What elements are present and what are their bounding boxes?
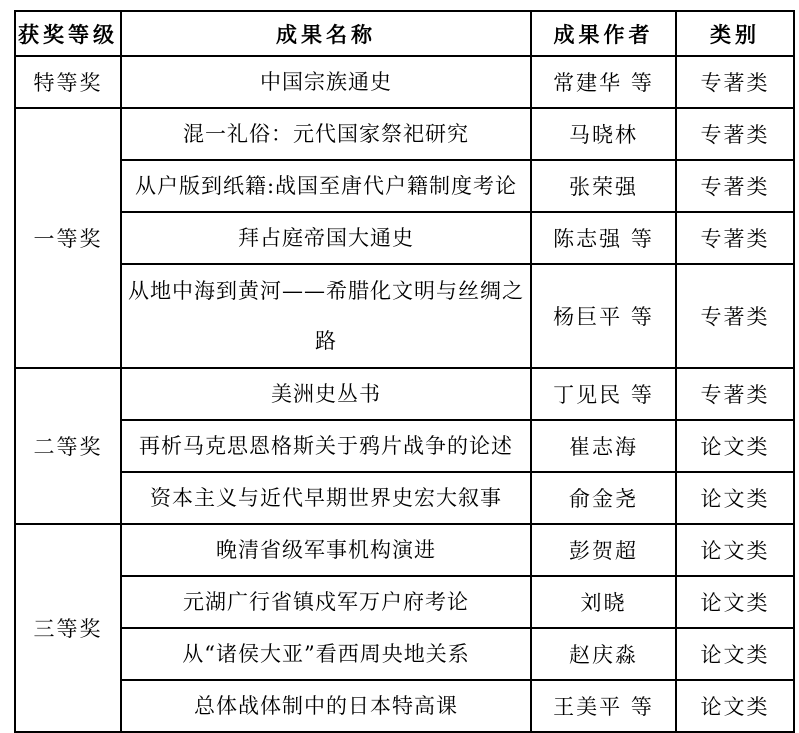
achievement-name-cell: 从地中海到黄河——希腊化文明与丝绸之路 <box>121 264 531 368</box>
author-cell: 彭贺超 <box>531 524 676 576</box>
header-achievement-name: 成果名称 <box>121 11 531 56</box>
achievement-name-cell: 从“诸侯大亚”看西周央地关系 <box>121 628 531 680</box>
category-cell: 论文类 <box>676 420 794 472</box>
table-row: 特等奖 中国宗族通史 常建华 等 专著类 <box>15 56 794 108</box>
header-category: 类别 <box>676 11 794 56</box>
author-cell: 崔志海 <box>531 420 676 472</box>
category-cell: 专著类 <box>676 108 794 160</box>
document-page: 获奖等级 成果名称 成果作者 类别 特等奖 中国宗族通史 常建华 等 专著类 一… <box>0 0 799 726</box>
table-row: 二等奖 美洲史丛书 丁见民 等 专著类 <box>15 368 794 420</box>
category-cell: 论文类 <box>676 628 794 680</box>
table-row: 从地中海到黄河——希腊化文明与丝绸之路 杨巨平 等 专著类 <box>15 264 794 368</box>
category-cell: 专著类 <box>676 56 794 108</box>
category-cell: 专著类 <box>676 212 794 264</box>
header-award-level: 获奖等级 <box>15 11 121 56</box>
author-cell: 常建华 等 <box>531 56 676 108</box>
table-row: 拜占庭帝国大通史 陈志强 等 专著类 <box>15 212 794 264</box>
author-cell: 王美平 等 <box>531 680 676 732</box>
award-level-cell: 三等奖 <box>15 524 121 732</box>
category-cell: 专著类 <box>676 368 794 420</box>
category-cell: 论文类 <box>676 472 794 524</box>
table-row: 资本主义与近代早期世界史宏大叙事 俞金尧 论文类 <box>15 472 794 524</box>
achievement-name-cell: 元湖广行省镇戍军万户府考论 <box>121 576 531 628</box>
author-cell: 马晓林 <box>531 108 676 160</box>
author-cell: 刘晓 <box>531 576 676 628</box>
achievement-name-cell: 再析马克思恩格斯关于鸦片战争的论述 <box>121 420 531 472</box>
achievement-name-cell: 晚清省级军事机构演进 <box>121 524 531 576</box>
author-cell: 杨巨平 等 <box>531 264 676 368</box>
author-cell: 陈志强 等 <box>531 212 676 264</box>
achievement-name-cell: 总体战体制中的日本特高课 <box>121 680 531 732</box>
table-row: 一等奖 混一礼俗：元代国家祭祀研究 马晓林 专著类 <box>15 108 794 160</box>
award-level-cell: 二等奖 <box>15 368 121 524</box>
award-level-cell: 特等奖 <box>15 56 121 108</box>
author-cell: 俞金尧 <box>531 472 676 524</box>
achievement-name-cell: 拜占庭帝国大通史 <box>121 212 531 264</box>
author-cell: 赵庆淼 <box>531 628 676 680</box>
category-cell: 专著类 <box>676 160 794 212</box>
author-cell: 丁见民 等 <box>531 368 676 420</box>
table-row: 三等奖 晚清省级军事机构演进 彭贺超 论文类 <box>15 524 794 576</box>
table-row: 再析马克思恩格斯关于鸦片战争的论述 崔志海 论文类 <box>15 420 794 472</box>
author-cell: 张荣强 <box>531 160 676 212</box>
category-cell: 专著类 <box>676 264 794 368</box>
table-row: 从户版到纸籍:战国至唐代户籍制度考论 张荣强 专著类 <box>15 160 794 212</box>
table-row: 元湖广行省镇戍军万户府考论 刘晓 论文类 <box>15 576 794 628</box>
achievement-name-cell: 混一礼俗：元代国家祭祀研究 <box>121 108 531 160</box>
achievement-name-cell: 美洲史丛书 <box>121 368 531 420</box>
category-cell: 论文类 <box>676 576 794 628</box>
header-achievement-author: 成果作者 <box>531 11 676 56</box>
table-row: 从“诸侯大亚”看西周央地关系 赵庆淼 论文类 <box>15 628 794 680</box>
awards-table: 获奖等级 成果名称 成果作者 类别 特等奖 中国宗族通史 常建华 等 专著类 一… <box>14 10 795 733</box>
category-cell: 论文类 <box>676 680 794 732</box>
achievement-name-cell: 中国宗族通史 <box>121 56 531 108</box>
award-level-cell: 一等奖 <box>15 108 121 368</box>
table-row: 总体战体制中的日本特高课 王美平 等 论文类 <box>15 680 794 732</box>
table-header-row: 获奖等级 成果名称 成果作者 类别 <box>15 11 794 56</box>
achievement-name-cell: 资本主义与近代早期世界史宏大叙事 <box>121 472 531 524</box>
category-cell: 论文类 <box>676 524 794 576</box>
achievement-name-cell: 从户版到纸籍:战国至唐代户籍制度考论 <box>121 160 531 212</box>
